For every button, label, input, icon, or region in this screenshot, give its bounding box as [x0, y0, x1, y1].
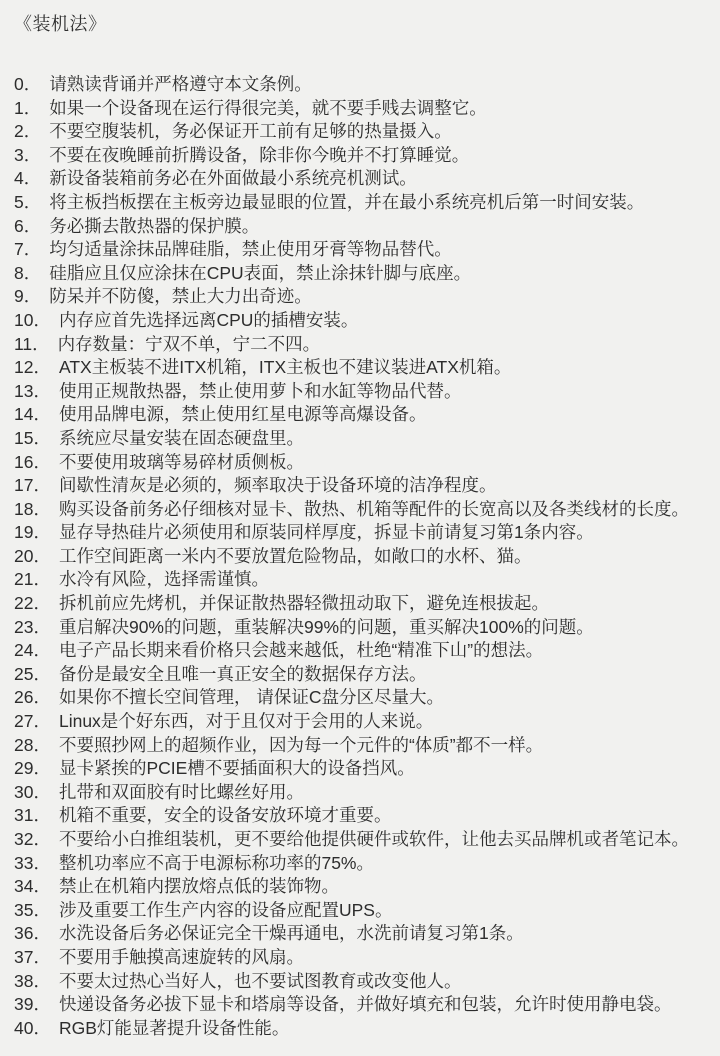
rule-text: 不要在夜晚睡前折腾设备，除非你今晚并不打算睡觉。	[49, 145, 469, 165]
rule-line: 33．整机功率应不高于电源标称功率的75%。	[14, 852, 714, 876]
page-title: 《装机法》	[14, 13, 714, 35]
rule-line: 35．涉及重要工作生产内容的设备应配置UPS。	[14, 899, 714, 923]
rule-number: 14．	[14, 403, 51, 427]
rule-text: 显卡紧挨的PCIE槽不要插面积大的设备挡风。	[59, 758, 415, 778]
rule-text: 水冷有风险，选择需谨慎。	[59, 569, 269, 589]
rule-line: 2．不要空腹装机，务必保证开工前有足够的热量摄入。	[14, 120, 714, 144]
rule-text: 间歇性清灰是必须的，频率取决于设备环境的洁净程度。	[59, 475, 497, 495]
rule-text: 禁止在机箱内摆放熔点低的装饰物。	[59, 876, 339, 896]
rule-number: 22．	[14, 592, 51, 616]
rule-number: 0．	[14, 73, 41, 97]
rule-number: 12．	[14, 356, 51, 380]
rule-text: 硅脂应且仅应涂抹在CPU表面，禁止涂抹针脚与底座。	[49, 263, 471, 283]
rule-line: 0．请熟读背诵并严格遵守本文条例。	[14, 73, 714, 97]
rules-list: 0．请熟读背诵并严格遵守本文条例。1．如果一个设备现在运行得很完美，就不要手贱去…	[14, 73, 714, 1040]
rule-text: 电子产品长期来看价格只会越来越低，杜绝“精准下山”的想法。	[59, 640, 543, 660]
rule-line: 15．系统应尽量安装在固态硬盘里。	[14, 427, 714, 451]
rule-number: 19．	[14, 521, 51, 545]
rule-number: 35．	[14, 899, 51, 923]
rule-line: 5．将主板挡板摆在主板旁边最显眼的位置，并在最小系统亮机后第一时间安装。	[14, 191, 714, 215]
rule-line: 9．防呆并不防傻，禁止大力出奇迹。	[14, 285, 714, 309]
rule-number: 38．	[14, 970, 51, 994]
rule-text: 水洗设备后务必保证完全干燥再通电，水洗前请复习第1条。	[59, 923, 524, 943]
rule-line: 16．不要使用玻璃等易碎材质侧板。	[14, 451, 714, 475]
rule-text: 系统应尽量安装在固态硬盘里。	[59, 428, 304, 448]
rule-number: 1．	[14, 97, 41, 121]
rule-number: 3．	[14, 144, 41, 168]
rule-number: 24．	[14, 639, 51, 663]
rule-number: 11．	[14, 333, 50, 357]
rule-line: 18．购买设备前务必仔细核对显卡、散热、机箱等配件的长宽高以及各类线材的长度。	[14, 498, 714, 522]
rule-text: 将主板挡板摆在主板旁边最显眼的位置，并在最小系统亮机后第一时间安装。	[49, 192, 644, 212]
rule-number: 31．	[14, 804, 51, 828]
rule-line: 21．水冷有风险，选择需谨慎。	[14, 568, 714, 592]
rule-text: 重启解决90%的问题，重装解决99%的问题，重买解决100%的问题。	[59, 617, 594, 637]
rule-text: 工作空间距离一米内不要放置危险物品，如敞口的水杯、猫。	[59, 546, 532, 566]
rule-number: 30．	[14, 781, 51, 805]
rule-line: 19．显存导热硅片必须使用和原装同样厚度，拆显卡前请复习第1条内容。	[14, 521, 714, 545]
rule-number: 34．	[14, 875, 51, 899]
rule-number: 7．	[14, 238, 41, 262]
rule-line: 10．内存应首先选择远离CPU的插槽安装。	[14, 309, 714, 333]
rule-text: 整机功率应不高于电源标称功率的75%。	[59, 853, 374, 873]
rule-line: 32．不要给小白推组装机，更不要给他提供硬件或软件，让他去买品牌机或者笔记本。	[14, 828, 714, 852]
rule-text: 机箱不重要，安全的设备安放环境才重要。	[59, 805, 392, 825]
rule-line: 25．备份是最安全且唯一真正安全的数据保存方法。	[14, 663, 714, 687]
rule-text: 使用品牌电源，禁止使用红星电源等高爆设备。	[59, 404, 427, 424]
rule-number: 26．	[14, 686, 51, 710]
rule-line: 38．不要太过热心当好人，也不要试图教育或改变他人。	[14, 970, 714, 994]
rule-text: 防呆并不防傻，禁止大力出奇迹。	[49, 286, 312, 306]
rule-line: 7．均匀适量涂抹品牌硅脂，禁止使用牙膏等物品替代。	[14, 238, 714, 262]
rule-text: RGB灯能显著提升设备性能。	[59, 1018, 289, 1038]
rule-line: 14．使用品牌电源，禁止使用红星电源等高爆设备。	[14, 403, 714, 427]
rule-text: 不要给小白推组装机，更不要给他提供硬件或软件，让他去买品牌机或者笔记本。	[59, 829, 689, 849]
rule-line: 12．ATX主板装不进ITX机箱，ITX主板也不建议装进ATX机箱。	[14, 356, 714, 380]
rule-line: 39．快递设备务必拔下显卡和塔扇等设备，并做好填充和包装，允许时使用静电袋。	[14, 993, 714, 1017]
rule-number: 9．	[14, 285, 41, 309]
rule-number: 8．	[14, 262, 41, 286]
rule-text: Linux是个好东西，对于且仅对于会用的人来说。	[59, 711, 433, 731]
rule-text: 请熟读背诵并严格遵守本文条例。	[49, 74, 312, 94]
rule-text: 拆机前应先烤机，并保证散热器轻微扭动取下，避免连根拔起。	[59, 593, 549, 613]
rule-text: 新设备装箱前务必在外面做最小系统亮机测试。	[49, 168, 417, 188]
rule-number: 6．	[14, 215, 41, 239]
rule-text: 备份是最安全且唯一真正安全的数据保存方法。	[59, 664, 427, 684]
rule-number: 29．	[14, 757, 51, 781]
rule-line: 36．水洗设备后务必保证完全干燥再通电，水洗前请复习第1条。	[14, 922, 714, 946]
rule-number: 23．	[14, 616, 51, 640]
rule-line: 34．禁止在机箱内摆放熔点低的装饰物。	[14, 875, 714, 899]
rule-text: 均匀适量涂抹品牌硅脂，禁止使用牙膏等物品替代。	[49, 239, 452, 259]
rule-line: 20．工作空间距离一米内不要放置危险物品，如敞口的水杯、猫。	[14, 545, 714, 569]
rule-text: 快递设备务必拔下显卡和塔扇等设备，并做好填充和包装，允许时使用静电袋。	[59, 994, 672, 1014]
rule-number: 32．	[14, 828, 51, 852]
rule-line: 8．硅脂应且仅应涂抹在CPU表面，禁止涂抹针脚与底座。	[14, 262, 714, 286]
rule-number: 5．	[14, 191, 41, 215]
rule-text: ATX主板装不进ITX机箱，ITX主板也不建议装进ATX机箱。	[59, 357, 511, 377]
rule-line: 24．电子产品长期来看价格只会越来越低，杜绝“精准下山”的想法。	[14, 639, 714, 663]
rule-line: 17．间歇性清灰是必须的，频率取决于设备环境的洁净程度。	[14, 474, 714, 498]
document-page: 《装机法》 0．请熟读背诵并严格遵守本文条例。1．如果一个设备现在运行得很完美，…	[0, 0, 720, 1056]
rule-text: 购买设备前务必仔细核对显卡、散热、机箱等配件的长宽高以及各类线材的长度。	[59, 499, 689, 519]
rule-number: 40．	[14, 1017, 51, 1041]
rule-line: 29．显卡紧挨的PCIE槽不要插面积大的设备挡风。	[14, 757, 714, 781]
rule-line: 11．内存数量：宁双不单，宁二不四。	[14, 333, 714, 357]
rule-text: 不要太过热心当好人，也不要试图教育或改变他人。	[59, 971, 462, 991]
rule-number: 21．	[14, 568, 51, 592]
rule-text: 显存导热硅片必须使用和原装同样厚度，拆显卡前请复习第1条内容。	[59, 522, 594, 542]
rule-number: 17．	[14, 474, 51, 498]
rule-number: 36．	[14, 922, 51, 946]
rule-line: 22．拆机前应先烤机，并保证散热器轻微扭动取下，避免连根拔起。	[14, 592, 714, 616]
rule-number: 15．	[14, 427, 51, 451]
rule-line: 27．Linux是个好东西，对于且仅对于会用的人来说。	[14, 710, 714, 734]
rule-line: 31．机箱不重要，安全的设备安放环境才重要。	[14, 804, 714, 828]
rule-line: 3．不要在夜晚睡前折腾设备，除非你今晚并不打算睡觉。	[14, 144, 714, 168]
rule-line: 4．新设备装箱前务必在外面做最小系统亮机测试。	[14, 167, 714, 191]
rule-text: 如果一个设备现在运行得很完美，就不要手贱去调整它。	[49, 98, 487, 118]
rule-text: 不要照抄网上的超频作业，因为每一个元件的“体质”都不一样。	[59, 735, 543, 755]
rule-line: 28．不要照抄网上的超频作业，因为每一个元件的“体质”都不一样。	[14, 734, 714, 758]
rule-text: 不要用手触摸高速旋转的风扇。	[59, 947, 304, 967]
rule-text: 如果你不擅长空间管理， 请保证C盘分区尽量大。	[59, 687, 444, 707]
rule-line: 26．如果你不擅长空间管理， 请保证C盘分区尽量大。	[14, 686, 714, 710]
rule-number: 39．	[14, 993, 51, 1017]
rule-line: 13．使用正规散热器，禁止使用萝卜和水缸等物品代替。	[14, 380, 714, 404]
rule-number: 18．	[14, 498, 51, 522]
rule-text: 涉及重要工作生产内容的设备应配置UPS。	[59, 900, 392, 920]
rule-text: 不要使用玻璃等易碎材质侧板。	[59, 452, 304, 472]
rule-line: 30．扎带和双面胶有时比螺丝好用。	[14, 781, 714, 805]
rule-text: 不要空腹装机，务必保证开工前有足够的热量摄入。	[49, 121, 452, 141]
rule-number: 13．	[14, 380, 51, 404]
rule-number: 10．	[14, 309, 51, 333]
rule-number: 4．	[14, 167, 41, 191]
rule-number: 25．	[14, 663, 51, 687]
rule-number: 16．	[14, 451, 51, 475]
rule-number: 28．	[14, 734, 51, 758]
rule-line: 37．不要用手触摸高速旋转的风扇。	[14, 946, 714, 970]
rule-number: 37．	[14, 946, 51, 970]
rule-line: 23．重启解决90%的问题，重装解决99%的问题，重买解决100%的问题。	[14, 616, 714, 640]
rule-number: 2．	[14, 120, 41, 144]
rule-number: 27．	[14, 710, 51, 734]
rule-line: 1．如果一个设备现在运行得很完美，就不要手贱去调整它。	[14, 97, 714, 121]
rule-number: 20．	[14, 545, 51, 569]
rule-number: 33．	[14, 852, 51, 876]
rule-text: 使用正规散热器，禁止使用萝卜和水缸等物品代替。	[59, 381, 462, 401]
rule-line: 6．务必撕去散热器的保护膜。	[14, 215, 714, 239]
rule-text: 扎带和双面胶有时比螺丝好用。	[59, 782, 304, 802]
rule-line: 40．RGB灯能显著提升设备性能。	[14, 1017, 714, 1041]
rule-text: 内存数量：宁双不单，宁二不四。	[58, 334, 321, 354]
rule-text: 内存应首先选择远离CPU的插槽安装。	[59, 310, 358, 330]
rule-text: 务必撕去散热器的保护膜。	[49, 216, 259, 236]
